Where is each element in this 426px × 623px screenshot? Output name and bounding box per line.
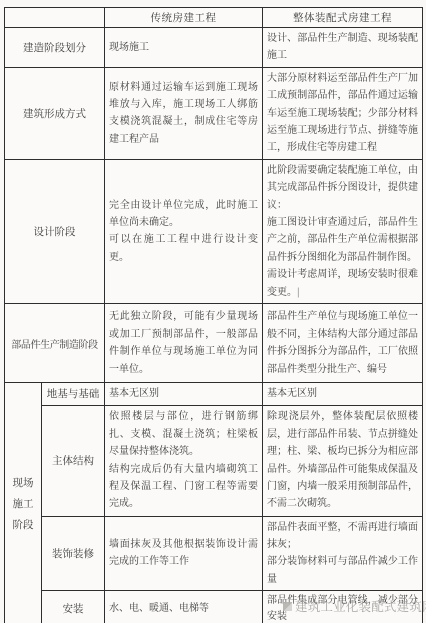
cell-formation-prefab: 大部分原材料运至部品件生产厂加工成预制部品件，部品件通过运输车运至施工现场装配；… — [263, 67, 423, 159]
cell-installation-traditional: 水、电、暖通、电梯等 — [105, 591, 263, 623]
row-formation: 建筑形成方式 原材料通过运输车运到施工现场堆放与入库，施工现场工人绑筋支模浇筑混… — [5, 67, 423, 159]
row-label-formation: 建筑形成方式 — [5, 67, 105, 159]
cell-stage-division-prefab: 设计、部品件生产制造、现场装配施工 — [263, 28, 423, 68]
cell-decoration-prefab: 部品件表面平整，不需再进行墙面抹灰； 部分装饰材料可与部品件减少工作量 — [263, 516, 423, 591]
cell-manufacturing-traditional: 无此独立阶段，可能有少量现场或加工厂预制部品件，一般部品件制作单位与现场施工单位… — [105, 304, 263, 383]
paragraph: 需设计考虑周详，现场安装时很难变更。| — [267, 266, 418, 301]
cell-structure-traditional: 依照楼层与部位，进行钢筋绑扎、支模、混凝土浇筑；柱梁板尽量保持整体浇筑。 结构完… — [105, 405, 263, 516]
row-decoration: 装饰装修 墙面抹灰及其他根据装饰设计需完成的工作等工作 部品件表面平整，不需再进… — [5, 516, 423, 591]
row-label-decoration: 装饰装修 — [42, 516, 105, 591]
row-foundation: 现场施工阶段 地基与基础 基本无区别 基本无区别 — [5, 383, 423, 405]
row-label-site-stage: 现场施工阶段 — [5, 383, 42, 623]
column-header-traditional: 传统房建工程 — [105, 8, 263, 28]
paragraph-text: 需设计考虑周详，现场安装时很难变更。 — [267, 269, 418, 297]
cell-formation-traditional: 原材料通过运输车运到施工现场堆放与入库，施工现场工人绑筋支模浇筑混凝土，制成住宅… — [105, 67, 263, 159]
watermark-text: 建筑工业化装配式建筑网 — [295, 597, 426, 615]
row-label-installation: 安装 — [42, 591, 105, 623]
row-label-stage-division: 建造阶段划分 — [5, 28, 105, 68]
row-design: 设计阶段 完全由设计单位完成，此时施工单位尚未确定。 可以在施工工程中进行设计变… — [5, 159, 423, 303]
row-manufacturing: 部品件生产制造阶段 无此独立阶段，可能有少量现场或加工厂预制部品件，一般部品件制… — [5, 304, 423, 383]
table-header-row: 传统房建工程 整体装配式房建工程 — [5, 8, 423, 28]
watermark-logo-icon — [283, 602, 292, 611]
row-label-manufacturing: 部品件生产制造阶段 — [5, 304, 105, 383]
site-stage-vertical-label: 现场施工阶段 — [12, 473, 34, 536]
cell-manufacturing-prefab: 部品件生产单位与现场施工单位一般不同，主体结构大部分通过部品件拆分图拆分为部品件… — [263, 304, 423, 383]
row-label-foundation: 地基与基础 — [42, 383, 105, 405]
cell-stage-division-traditional: 现场施工 — [105, 28, 263, 68]
paragraph: 依照楼层与部位，进行钢筋绑扎、支模、混凝土浇筑；柱梁板尽量保持整体浇筑。 — [109, 408, 258, 460]
comparison-table: 传统房建工程 整体装配式房建工程 建造阶段划分 现场施工 设计、部品件生产制造、… — [4, 7, 423, 623]
row-label-structure: 主体结构 — [42, 405, 105, 516]
page: 传统房建工程 整体装配式房建工程 建造阶段划分 现场施工 设计、部品件生产制造、… — [0, 0, 426, 623]
corner-cell — [5, 8, 105, 28]
paragraph: 部分装饰材料可与部品件减少工作量 — [267, 553, 418, 588]
text-cursor: | — [297, 284, 298, 301]
row-stage-division: 建造阶段划分 现场施工 设计、部品件生产制造、现场装配施工 — [5, 28, 423, 68]
paragraph: 部品件表面平整，不需再进行墙面抹灰； — [267, 519, 418, 554]
watermark: 建筑工业化装配式建筑网 — [283, 598, 426, 614]
column-header-prefab: 整体装配式房建工程 — [263, 8, 423, 28]
paragraph: 此阶段需要确定装配施工单位，由其完成部品件拆分图设计，提供建议： — [267, 162, 418, 214]
cell-foundation-traditional: 基本无区别 — [105, 383, 263, 405]
cell-foundation-prefab: 基本无区别 — [263, 383, 423, 405]
cell-structure-prefab: 除现浇层外，整体装配层依照楼层，进行部品件吊装、节点拼缝处理；柱、梁、板均已拆分… — [263, 405, 423, 516]
paragraph: 施工图设计审查通过后，部品件生产之前，部品件生产单位需根据部品件拆分图细化为部品… — [267, 214, 418, 266]
paragraph: 可以在施工工程中进行设计变更。 — [109, 231, 258, 266]
row-label-design: 设计阶段 — [5, 159, 105, 303]
paragraph: 结构完成后仍有大量内墙砌筑工程及保温工程、门窗工程等需要完成。 — [109, 461, 258, 513]
paragraph: 完全由设计单位完成，此时施工单位尚未确定。 — [109, 197, 258, 232]
cell-design-prefab: 此阶段需要确定装配施工单位，由其完成部品件拆分图设计，提供建议： 施工图设计审查… — [263, 159, 423, 303]
cell-decoration-traditional: 墙面抹灰及其他根据装饰设计需完成的工作等工作 — [105, 516, 263, 591]
cell-design-traditional: 完全由设计单位完成，此时施工单位尚未确定。 可以在施工工程中进行设计变更。 — [105, 159, 263, 303]
row-structure: 主体结构 依照楼层与部位，进行钢筋绑扎、支模、混凝土浇筑；柱梁板尽量保持整体浇筑… — [5, 405, 423, 516]
